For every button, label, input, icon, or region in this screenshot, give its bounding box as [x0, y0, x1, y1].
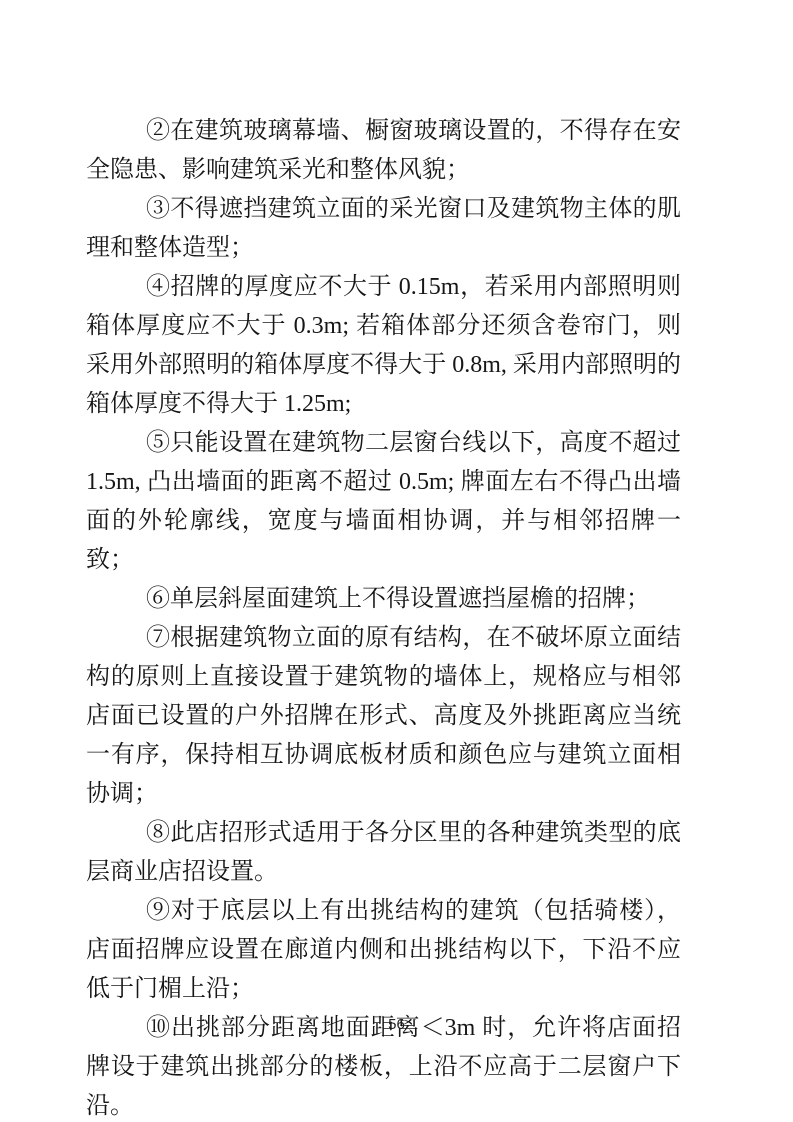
- clause-8-text: 此店招形式适用于各分区里的各种建筑类型的底层商业店招设置。: [86, 820, 681, 885]
- clause-3: ③不得遮挡建筑立面的采光窗口及建筑物主体的肌理和整体造型；: [86, 190, 681, 268]
- document-body: ②在建筑玻璃幕墙、橱窗玻璃设置的，不得存在安全隐患、影响建筑采光和整体风貌； ③…: [86, 112, 681, 1122]
- clause-4-text: 招牌的厚度应不大于 0.15m，若采用内部照明则箱体厚度应不大于 0.3m; 若…: [86, 274, 681, 417]
- clause-8-marker: ⑧: [146, 820, 170, 846]
- clause-9-text: 对于底层以上有出挑结构的建筑（包括骑楼），店面招牌应设置在廊道内侧和出挑结构以下…: [86, 898, 681, 1002]
- clause-2-text: 在建筑玻璃幕墙、橱窗玻璃设置的，不得存在安全隐患、影响建筑采光和整体风貌；: [86, 118, 681, 183]
- clause-4: ④招牌的厚度应不大于 0.15m，若采用内部照明则箱体厚度应不大于 0.3m; …: [86, 268, 681, 424]
- clause-5-text: 只能设置在建筑物二层窗台线以下，高度不超过 1.5m, 凸出墙面的距离不超过 0…: [86, 430, 681, 573]
- clause-4-marker: ④: [146, 274, 171, 300]
- clause-9-marker: ⑨: [146, 898, 171, 924]
- clause-3-marker: ③: [146, 196, 170, 222]
- clause-7-marker: ⑦: [146, 625, 170, 651]
- clause-6-text: 单层斜屋面建筑上不得设置遮挡屋檐的招牌；: [170, 586, 650, 612]
- clause-6-marker: ⑥: [146, 586, 170, 612]
- clause-8: ⑧此店招形式适用于各分区里的各种建筑类型的底层商业店招设置。: [86, 814, 681, 892]
- clause-2: ②在建筑玻璃幕墙、橱窗玻璃设置的，不得存在安全隐患、影响建筑采光和整体风貌；: [86, 112, 681, 190]
- clause-5-marker: ⑤: [146, 430, 170, 456]
- clause-3-text: 不得遮挡建筑立面的采光窗口及建筑物主体的肌理和整体造型；: [86, 196, 681, 261]
- page-number: 56: [0, 1016, 793, 1033]
- clause-7: ⑦根据建筑物立面的原有结构，在不破坏原立面结构的原则上直接设置于建筑物的墙体上，…: [86, 619, 681, 814]
- clause-6: ⑥单层斜屋面建筑上不得设置遮挡屋檐的招牌；: [86, 580, 681, 619]
- clause-7-text: 根据建筑物立面的原有结构，在不破坏原立面结构的原则上直接设置于建筑物的墙体上，规…: [86, 625, 681, 807]
- clause-5: ⑤只能设置在建筑物二层窗台线以下，高度不超过 1.5m, 凸出墙面的距离不超过 …: [86, 424, 681, 580]
- clause-9: ⑨对于底层以上有出挑结构的建筑（包括骑楼），店面招牌应设置在廊道内侧和出挑结构以…: [86, 892, 681, 1009]
- clause-2-marker: ②: [146, 118, 170, 144]
- document-page: ②在建筑玻璃幕墙、橱窗玻璃设置的，不得存在安全隐患、影响建筑采光和整体风貌； ③…: [0, 0, 793, 1122]
